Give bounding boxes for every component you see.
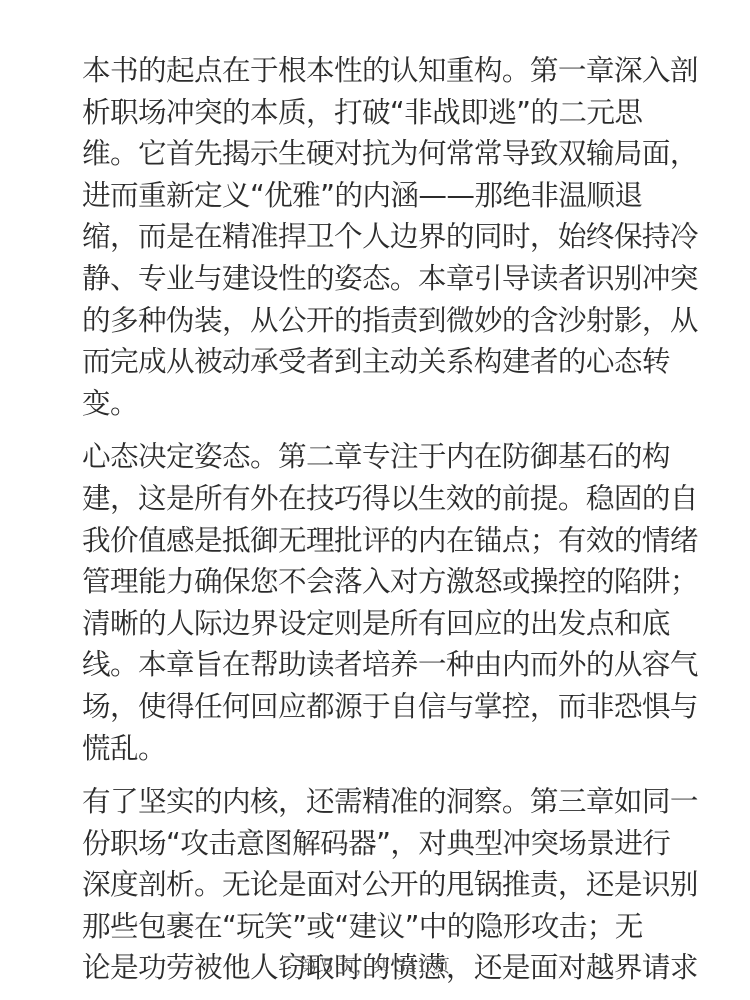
- text-line: 场，使得任何回应都源于自信与掌控，而非恐惧与: [82, 686, 672, 728]
- text-line: 进而重新定义“优雅”的内涵——那绝非温顺退: [82, 175, 672, 217]
- text-line: 的多种伪装，从公开的指责到微妙的含沙射影，从: [82, 300, 672, 342]
- text-line: 那些包裹在“玩笑”或“建议”中的隐形攻击；无: [82, 906, 672, 948]
- text-line: 本书的起点在于根本性的认知重构。第一章深入剖: [82, 50, 672, 92]
- text-line: 维。它首先揭示生硬对抗为何常常导致双输局面，: [82, 133, 672, 175]
- page-indicator: 第 5 页，共 341 页: [0, 952, 750, 977]
- text-line: 线。本章旨在帮助读者培养一种由内而外的从容气: [82, 644, 672, 686]
- paragraph-1: 本书的起点在于根本性的认知重构。第一章深入剖 析职场冲突的本质，打破“非战即逃”…: [82, 50, 672, 424]
- text-line: 份职场“攻击意图解码器”，对典型冲突场景进行: [82, 823, 672, 865]
- text-line: 建，这是所有外在技巧得以生效的前提。稳固的自: [82, 478, 672, 520]
- text-line: 心态决定姿态。第二章专注于内在防御基石的构: [82, 436, 672, 478]
- text-line: 清晰的人际边界设定则是所有回应的出发点和底: [82, 603, 672, 645]
- paragraph-2: 心态决定姿态。第二章专注于内在防御基石的构 建，这是所有外在技巧得以生效的前提。…: [82, 436, 672, 769]
- document-page: 本书的起点在于根本性的认知重构。第一章深入剖 析职场冲突的本质，打破“非战即逃”…: [82, 50, 672, 1000]
- text-line: 静、专业与建设性的姿态。本章引导读者识别冲突: [82, 258, 672, 300]
- text-line: 管理能力确保您不会落入对方激怒或操控的陷阱；: [82, 561, 672, 603]
- text-line: 我价值感是抵御无理批评的内在锚点；有效的情绪: [82, 520, 672, 562]
- text-line: 析职场冲突的本质，打破“非战即逃”的二元思: [82, 92, 672, 134]
- text-line: 缩，而是在精准捍卫个人边界的同时，始终保持冷: [82, 216, 672, 258]
- text-line: 深度剖析。无论是面对公开的甩锅推责，还是识别: [82, 864, 672, 906]
- text-line: 变。: [82, 383, 672, 425]
- text-line: 而完成从被动承受者到主动关系构建者的心态转: [82, 341, 672, 383]
- text-line: 有了坚实的内核，还需精准的洞察。第三章如同一: [82, 781, 672, 823]
- text-line: 慌乱。: [82, 728, 672, 770]
